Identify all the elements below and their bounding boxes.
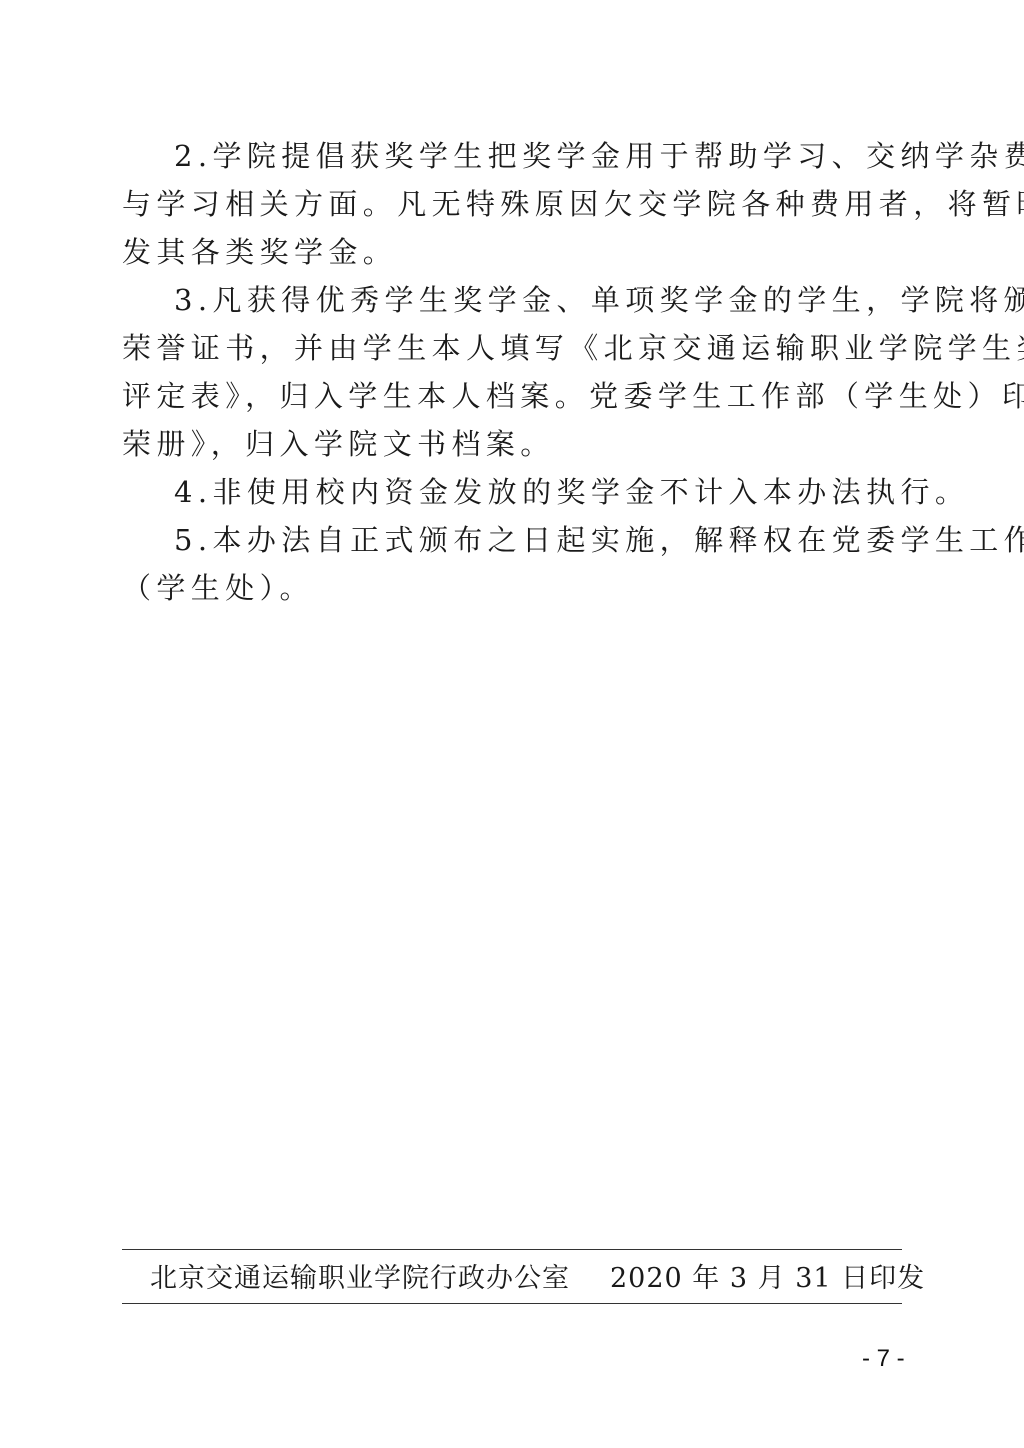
paragraph-3-line-1: 3.凡获得优秀学生奖学金、单项奖学金的学生，学院将颁发 (174, 276, 954, 324)
paragraph-5-line-2: （学生处）。 (122, 564, 902, 612)
issuer-name: 北京交通运输职业学院行政办公室 (150, 1263, 570, 1294)
paragraph-4-line-1: 4.非使用校内资金发放的奖学金不计入本办法执行。 (174, 468, 954, 516)
paragraph-3-line-4: 荣册》，归入学院文书档案。 (122, 420, 902, 468)
page-number: - 7 - (862, 1342, 905, 1376)
paragraph-2-line-1: 2.学院提倡获奖学生把奖学金用于帮助学习、交纳学杂费等 (174, 132, 954, 180)
paragraph-3-line-3: 评定表》，归入学生本人档案。党委学生工作部（学生处）印制《光 (122, 372, 902, 420)
footer-top-rule (122, 1249, 902, 1250)
issuance-note: 北京交通运输职业学院行政办公室2020 年 3 月 31 日印发 (150, 1259, 925, 1299)
paragraph-5-line-1: 5.本办法自正式颁布之日起实施，解释权在党委学生工作部 (174, 516, 954, 564)
footer-bottom-rule (122, 1303, 902, 1304)
paragraph-2-line-3: 发其各类奖学金。 (122, 228, 902, 276)
paragraph-2-line-2: 与学习相关方面。凡无特殊原因欠交学院各种费用者，将暂时停 (122, 180, 902, 228)
paragraph-3-line-2: 荣誉证书，并由学生本人填写《北京交通运输职业学院学生奖励 (122, 324, 902, 372)
issue-date: 2020 年 3 月 31 日印发 (610, 1263, 925, 1294)
